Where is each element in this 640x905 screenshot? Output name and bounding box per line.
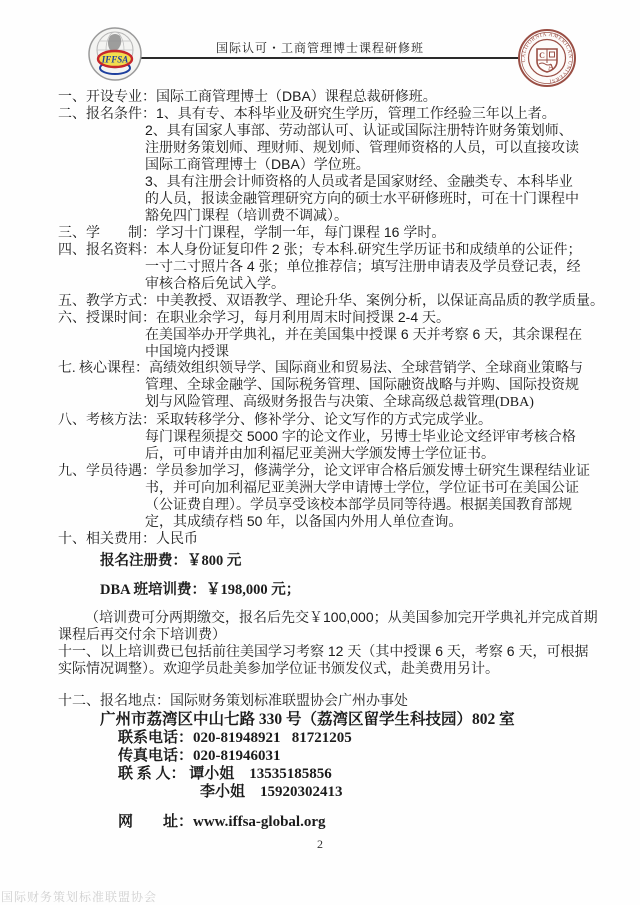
document-line: 三、学 制：学习十门课程，学制一年，每门课程 16 学时。 xyxy=(58,224,598,241)
document-line: 七. 核心课程：高绩效组织领导学、国际商业和贸易法、全球营销学、全球商业策略与 xyxy=(58,360,598,377)
document-line: 李小姐 15920302413 xyxy=(58,783,598,801)
document-line: 豁免四门课程（培训费不调减）。 xyxy=(58,207,598,224)
document-line: 一寸二寸照片各 4 张；单位推荐信；填写注册申请表及学员登记表，经 xyxy=(58,258,598,275)
document-line: 一、开设专业：国际工商管理博士（DBA）课程总裁研修班。 xyxy=(58,88,598,105)
document-line: 注册财务策划师、理财师、规划师、管理师资格的人员，可以直接攻读 xyxy=(58,139,598,156)
header-rule xyxy=(112,57,528,59)
iffsa-logo-text: IFFSA xyxy=(101,55,129,65)
iffsa-logo-svg: IFFSA xyxy=(86,26,144,86)
seal-letter-a: A xyxy=(548,63,554,72)
document-line: 报名注册费：￥800 元 xyxy=(58,553,598,570)
document-line: DBA 班培训费：￥198,000 元； xyxy=(58,582,598,599)
document-line: 联系电话：020-81948921 81721205 xyxy=(58,729,598,747)
watermark-text: 国际财务策划标准联盟协会 xyxy=(1,888,157,905)
document-line: 定，其成绩存档 50 年，以备国内外用人单位查询。 xyxy=(58,513,598,530)
document-line: （公证费自理）。学员享受该校本部学员同等待遇。根据美国教育部规 xyxy=(58,496,598,513)
document-line: 四、报名资料：本人身份证复印件 2 张；专本科.研究生学历证书和成绩单的公证件； xyxy=(58,241,598,258)
document-page: 国际认可・工商管理博士课程研修班 IFFSA CALIFORNIA AMERIC… xyxy=(0,0,640,905)
document-line: 十一、以上培训费已包括前往美国学习考察 12 天（其中授课 6 天，考察 6 天… xyxy=(58,643,598,660)
document-line: 在美国举办开学典礼，并在美国集中授课 6 天并考察 6 天，其余课程在 xyxy=(58,326,598,343)
document-body: 一、开设专业：国际工商管理博士（DBA）课程总裁研修班。 二、报名条件：1、具有… xyxy=(58,88,598,831)
document-line: 广州市荔湾区中山七路 330 号（荔湾区留学生科技园）802 室 xyxy=(58,711,598,729)
document-line: 实际情况调整）。欢迎学员赴美参加学位证书颁发仪式，赴美费用另计。 xyxy=(58,660,598,677)
document-line: 国际工商管理博士（DBA）学位班。 xyxy=(58,156,598,173)
document-line: 课程后再交付余下培训费） xyxy=(58,626,598,643)
document-line: 3、具有注册会计师资格的人员或者是国家财经、金融类专、本科毕业 xyxy=(58,173,598,190)
university-seal-icon: CALIFORNIA AMERICAN UNIVERSITY C A xyxy=(516,27,578,89)
iffsa-logo-icon: IFFSA xyxy=(86,26,144,86)
document-line: 每门课程须提交 5000 字的论文作业，另博士毕业论文经评审考核合格 xyxy=(58,428,598,445)
document-line: 的人员，报读金融管理研究方向的硕士水平研修班时，可在十门课程中 xyxy=(58,190,598,207)
page-number: 2 xyxy=(0,837,640,852)
document-line: 传真电话：020-81946031 xyxy=(58,747,598,765)
seal-letter-c: C xyxy=(539,51,545,60)
document-line: 书，并可向加利福尼亚美洲大学申请博士学位，学位证书可在美国公证 xyxy=(58,479,598,496)
document-line: 后，可申请并由加利福尼亚美洲大学颁发博士学位证书。 xyxy=(58,445,598,462)
university-seal-svg: CALIFORNIA AMERICAN UNIVERSITY C A xyxy=(516,27,578,89)
document-line: 划与风险管理、高级财务报告与决策、全球高级总裁管理(DBA) xyxy=(58,394,598,411)
document-line: 八、考核方法：采取转移学分、修补学分、论文写作的方式完成学业。 xyxy=(58,411,598,428)
document-line: 管理、全球金融学、国际税务管理、国际融资战略与并购、国际投资规 xyxy=(58,377,598,394)
document-line: 联 系 人： 谭小姐 13535185856 xyxy=(58,765,598,783)
document-line: 二、报名条件：1、具有专、本科毕业及研究生学历，管理工作经验三年以上者。 xyxy=(58,105,598,122)
document-line: 中国境内授课 xyxy=(58,343,598,360)
document-line: 五、教学方式：中美教授、双语教学、理论升华、案例分析，以保证高品质的教学质量。 xyxy=(58,292,598,309)
document-line: 网 址：www.iffsa-global.org xyxy=(58,813,598,831)
document-line: 十二、报名地点：国际财务策划标准联盟协会广州办事处 xyxy=(58,692,598,709)
document-line: 审核合格后免试入学。 xyxy=(58,275,598,292)
document-line: 六、授课时间：在职业余学习，每月利用周末时间授课 2-4 天。 xyxy=(58,309,598,326)
document-line: （培训费可分两期缴交，报名后先交￥100,000；从美国参加完开学典礼并完成首期 xyxy=(58,609,598,626)
document-line: 九、学员待遇：学员参加学习，修满学分，论文评审合格后颁发博士研究生课程结业证 xyxy=(58,462,598,479)
document-line: 十、相关费用：人民币 xyxy=(58,530,598,547)
document-line: 2、具有国家人事部、劳动部认可、认证或国际注册特许财务策划师、 xyxy=(58,122,598,139)
